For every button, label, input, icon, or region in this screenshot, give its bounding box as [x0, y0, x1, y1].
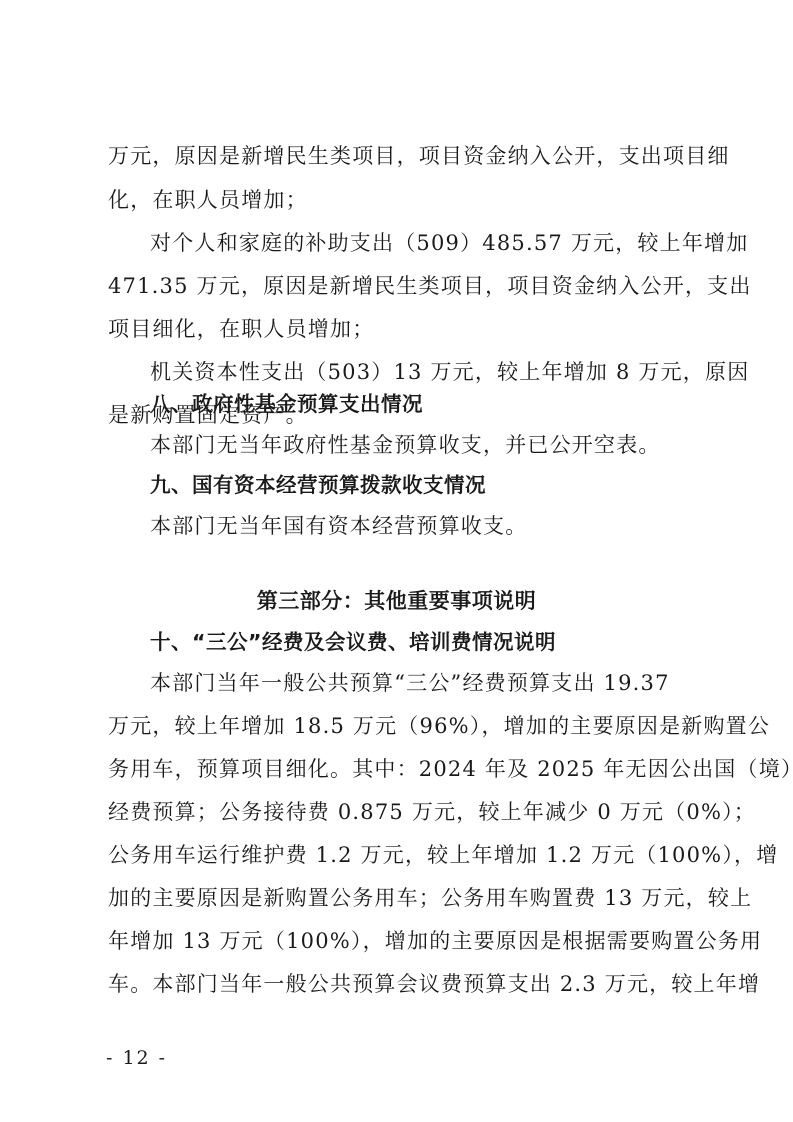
paragraph-line: 471.35 万元，原因是新增民生类项目，项目资金纳入公开，支出 — [108, 271, 698, 301]
section-heading-9: 九、国有资本经营预算拨款收支情况 — [150, 470, 698, 500]
section-body-8: 本部门无当年政府性基金预算收支，并已公开空表。 — [150, 430, 698, 460]
paragraph-line: 万元，较上年增加 18.5 万元（96%），增加的主要原因是新购置公 — [108, 711, 698, 741]
paragraph-line: 公务用车运行维护费 1.2 万元，较上年增加 1.2 万元（100%），增 — [108, 840, 698, 870]
paragraph-line: 经费预算；公务接待费 0.875 万元，较上年减少 0 万元（0%）； — [108, 797, 698, 827]
paragraph-line: 机关资本性支出（503）13 万元，较上年增加 8 万元，原因 — [150, 357, 698, 387]
paragraph-line: 年增加 13 万元（100%），增加的主要原因是根据需要购置公务用 — [108, 926, 698, 956]
section-body-9: 本部门无当年国有资本经营预算收支。 — [150, 511, 698, 541]
paragraph-line: 加的主要原因是新购置公务用车；公务用车购置费 13 万元，较上 — [108, 883, 698, 913]
part-title: 第三部分：其他重要事项说明 — [0, 586, 793, 616]
paragraph-line: 项目细化，在职人员增加； — [108, 314, 698, 344]
paragraph-line: 本部门当年一般公共预算“三公”经费预算支出 19.37 — [150, 668, 698, 698]
document-page: 万元，原因是新增民生类项目，项目资金纳入公开，支出项目细 化，在职人员增加； 对… — [0, 0, 793, 1122]
section-heading-10: 十、“三公”经费及会议费、培训费情况说明 — [150, 627, 698, 657]
paragraph-line: 务用车，预算项目细化。其中：2024 年及 2025 年无因公出国（境） — [108, 754, 698, 784]
paragraph-line: 化，在职人员增加； — [108, 185, 698, 215]
section-heading-8: 八、政府性基金预算支出情况 — [150, 389, 698, 419]
paragraph-line: 万元，原因是新增民生类项目，项目资金纳入公开，支出项目细 — [108, 141, 698, 171]
paragraph-line: 对个人和家庭的补助支出（509）485.57 万元，较上年增加 — [150, 228, 698, 258]
page-number: - 12 - — [106, 1046, 167, 1070]
paragraph-line: 车。本部门当年一般公共预算会议费预算支出 2.3 万元，较上年增 — [108, 969, 698, 999]
